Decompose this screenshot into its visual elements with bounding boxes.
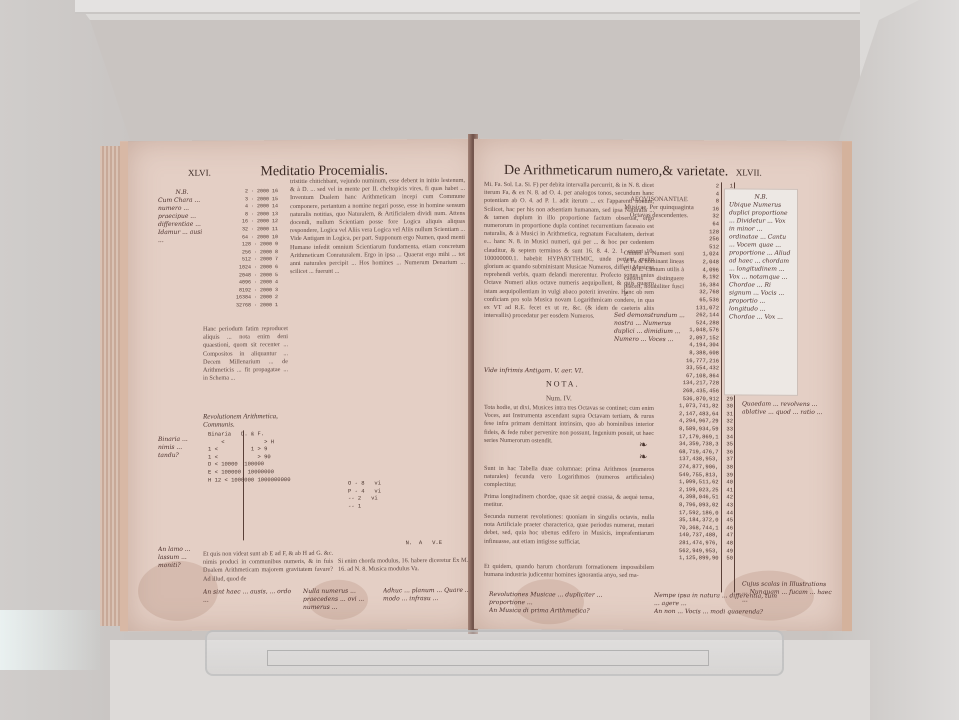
left-bottom-text-right: Si enim chorda modulus, 16. habere dicer… <box>338 557 468 582</box>
glass-glare <box>0 610 100 670</box>
nota-text: Tota hodie, ut dixi, Musices intra tres … <box>484 404 654 465</box>
left-paragraph: Hanc periodum fatim reproducet aliquis .… <box>203 325 288 406</box>
right-diagram: O - 8 viP - 4 vi-- 2 vi-- 1 <box>348 479 408 559</box>
table-caption: Omnes hi Numeri soni ut Fa & nominant li… <box>624 250 684 305</box>
right-folio: XLVII. <box>736 167 762 177</box>
aequisonantiae-table-numbers: 2481632641282565121,0242,0484,0968,19216… <box>679 182 719 592</box>
diagram-title: Revolutionem Arithmetica, Communis. <box>203 412 303 429</box>
left-number-table: 2 · 2000 163 · 2000 154 · 2000 148 · 200… <box>218 188 278 318</box>
table-secunda: Secunda numerat revolutiones: quoniam in… <box>484 513 654 562</box>
right-margin-handwriting: Quaedam ... revolvens ... ablative ... q… <box>742 400 832 581</box>
table-rule <box>721 182 722 592</box>
bottom-handwriting-2: Nulla numerus ... praecedens ... ovi ...… <box>303 587 373 625</box>
right-title: De Arithmeticarum numero,& varietate. <box>504 163 728 179</box>
margin-handwriting-2: Binaria ... nimis ... tandu? <box>158 436 198 506</box>
case-top-rim <box>75 0 860 14</box>
num-heading: Num. IV. <box>546 394 606 403</box>
margin-handwriting: N.B. Cum Chara ... numero ... praecipue … <box>158 189 206 319</box>
open-book: XLVI. Meditatio Procemialis. N.B. Cum Ch… <box>100 132 845 637</box>
bottom-handwriting-r1: Revolutiones Musicae ... dupliciter ... … <box>489 591 609 626</box>
revolution-diagram: Binaria D. & F. < > H 1 < 1 > 9 1 < > 90… <box>208 430 328 541</box>
bottom-handwriting-1: An sint haec ... ausis, ... ordo ... <box>203 588 293 627</box>
right-running-head: De Arithmeticarum numero,& varietate. XL… <box>504 163 762 181</box>
inserted-note-slip: N.B. Ubique Numerus duplici proportione … <box>724 188 798 395</box>
left-bottom-text: Et quis non videat sunt ab E ad F, & ab … <box>203 550 333 585</box>
right-bottom-handwriting: Cujus scalas in Illustrations ... Nunqua… <box>742 580 832 621</box>
stand-base <box>267 650 709 666</box>
note-slip-text: N.B. Ubique Numerus duplici proportione … <box>729 193 793 389</box>
bottom-handwriting-3: Adhuc ... planum ... Quare ... modo ... … <box>383 587 473 626</box>
margin-handwriting-3: An lamo ... lassum ... moniti? <box>158 546 198 586</box>
left-page: XLVI. Meditatio Procemialis. N.B. Cum Ch… <box>120 139 480 632</box>
table-prima: Prima longitudinem chordae, quae sit aeq… <box>484 493 654 512</box>
right-page: De Arithmeticarum numero,& varietate. XL… <box>474 139 852 631</box>
table-handwriting: Sed demonstrandum ... nostra ... Numerus… <box>614 312 689 372</box>
acrylic-book-stand <box>205 630 784 676</box>
fleuron-icon: ❧ <box>639 452 647 463</box>
left-folio: XLVI. <box>188 168 211 178</box>
table-end: Et quidem, quando harum chordarum format… <box>484 563 654 590</box>
nota-heading: NOTA. <box>546 379 580 388</box>
table-intro: Sunt in hac Tabella duae columnae: prima… <box>484 465 654 492</box>
diagram-labels: N. A V.E <box>342 539 442 547</box>
fleuron-icon: ❧ <box>639 440 647 451</box>
display-case: XLVI. Meditatio Procemialis. N.B. Cum Ch… <box>0 0 959 720</box>
